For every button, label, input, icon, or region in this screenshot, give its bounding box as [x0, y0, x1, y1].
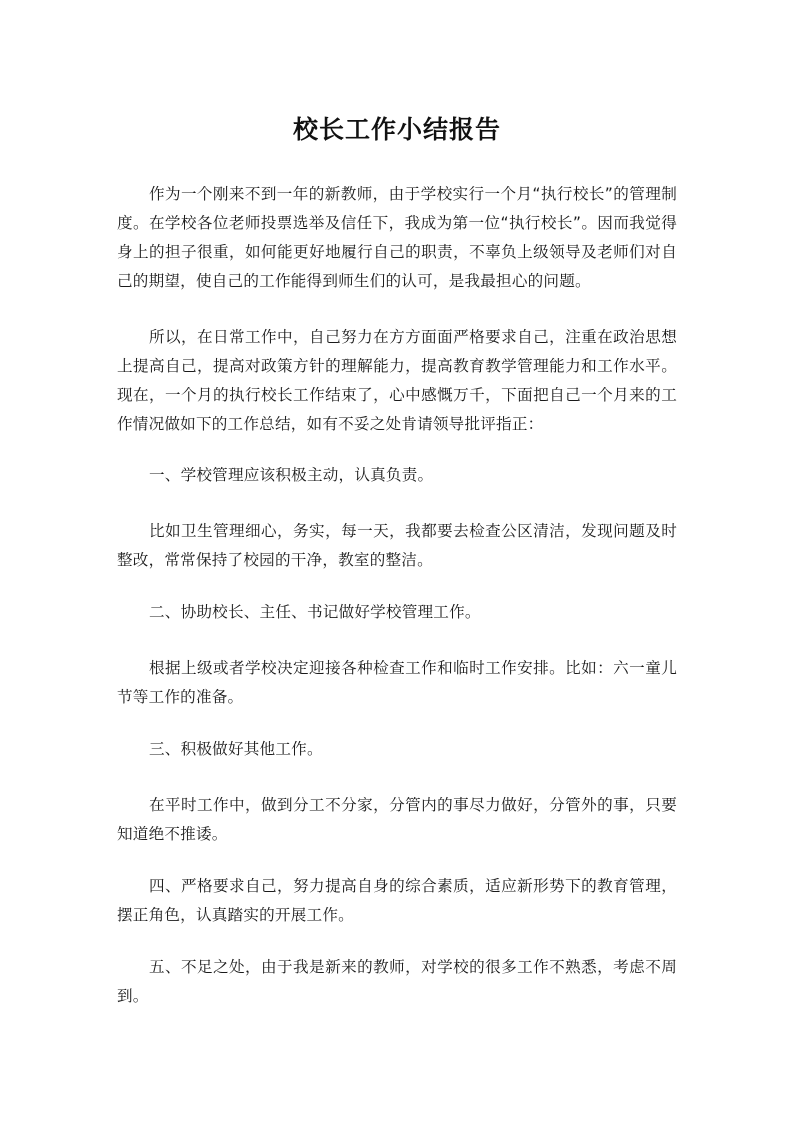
paragraph-section-1: 比如卫生管理细心，务实，每一天，我都要去检查公区清洁，发现问题及时整改，常常保持… — [117, 517, 677, 575]
section-heading-1: 一、学校管理应该积极主动，认真负责。 — [117, 461, 677, 490]
section-heading-3: 三、积极做好其他工作。 — [117, 735, 677, 764]
paragraph-overview: 所以，在日常工作中，自己努力在方方面面严格要求自己，注重在政治思想上提高自己，提… — [117, 323, 677, 439]
paragraph-section-3: 在平时工作中，做到分工不分家，分管内的事尽力做好，分管外的事，只要知道绝不推诿。 — [117, 791, 677, 849]
section-heading-2: 二、协助校长、主任、书记做好学校管理工作。 — [117, 598, 677, 627]
section-heading-4: 四、严格要求自己，努力提高自身的综合素质，适应新形势下的教育管理，摆正角色，认真… — [117, 872, 677, 930]
paragraph-intro: 作为一个刚来不到一年的新教师，由于学校实行一个月“执行校长”的管理制度。在学校各… — [117, 180, 677, 296]
paragraph-section-2: 根据上级或者学校决定迎接各种检查工作和临时工作安排。比如：六一童儿节等工作的准备… — [117, 654, 677, 712]
document-title: 校长工作小结报告 — [117, 112, 677, 148]
section-heading-5: 五、不足之处，由于我是新来的教师，对学校的很多工作不熟悉，考虑不周到。 — [117, 953, 677, 1011]
